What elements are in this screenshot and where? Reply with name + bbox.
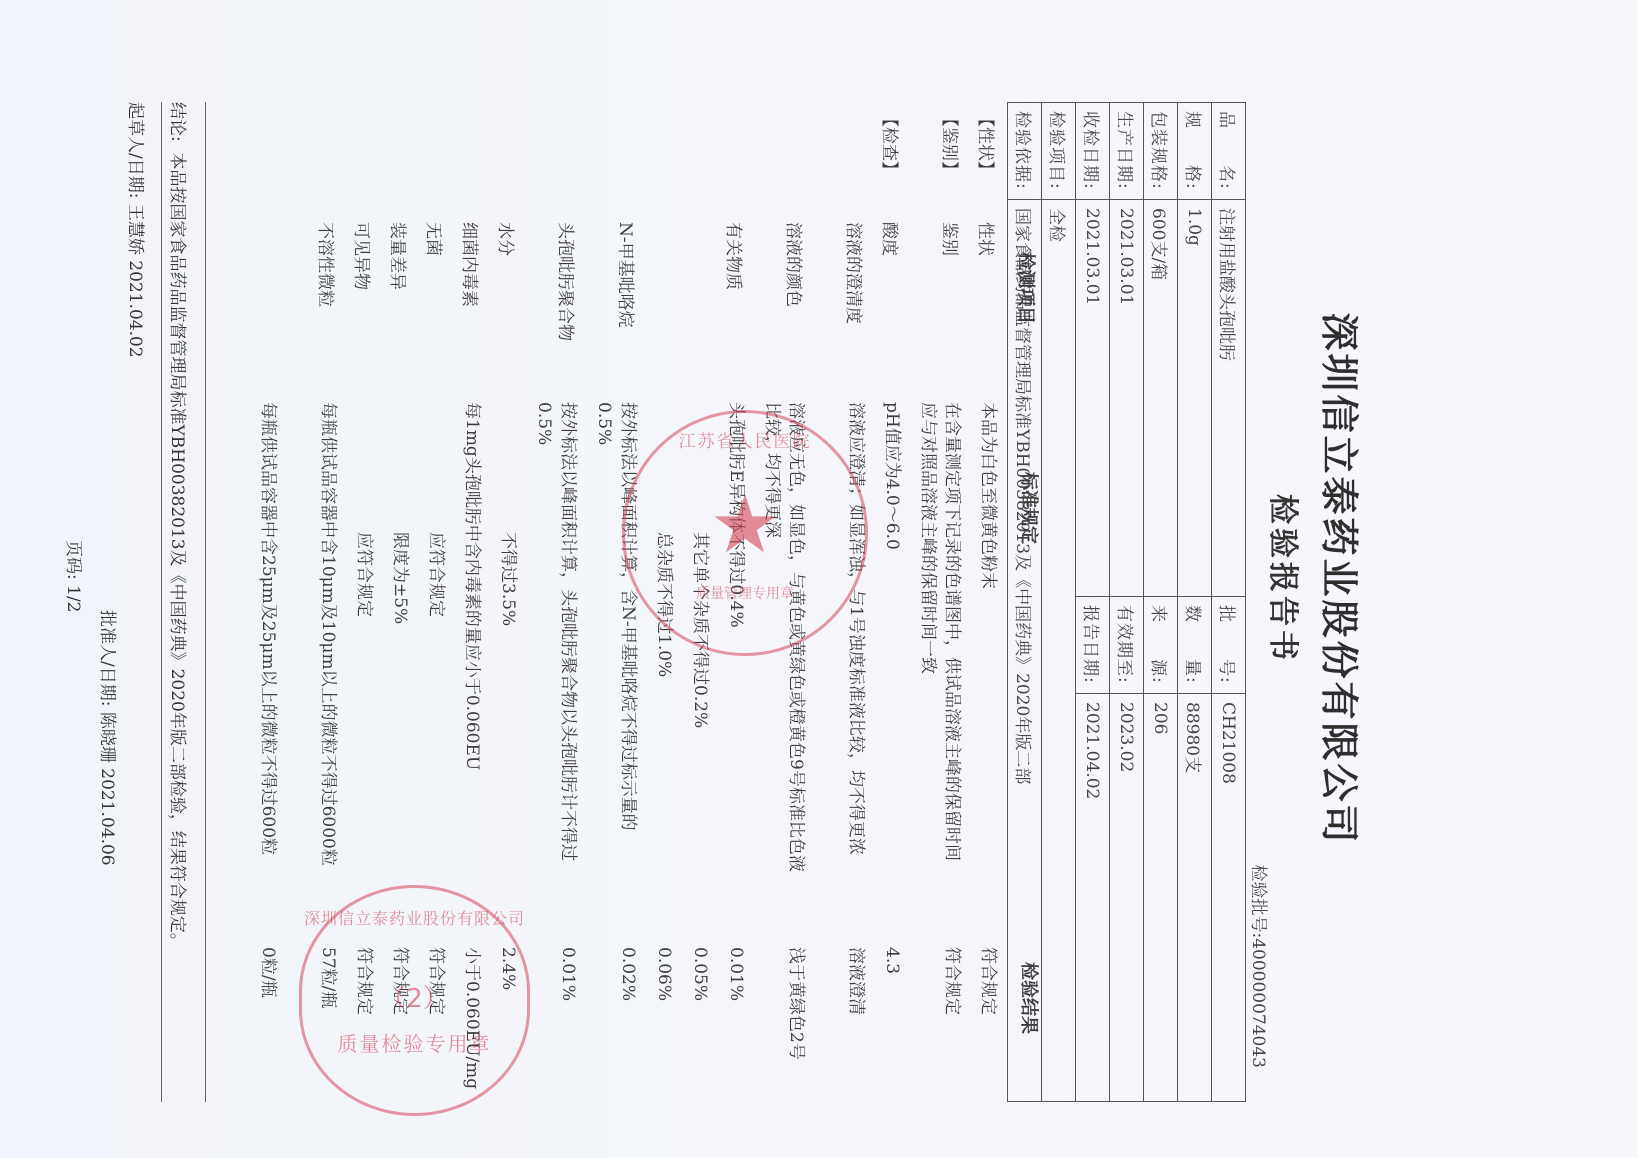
inspection-number-label: 检验批号: <box>1248 864 1268 938</box>
page-value: 1/2 <box>63 585 83 612</box>
source-label: 来 源: <box>1144 597 1178 694</box>
result-value: 0.06% <box>652 947 676 1107</box>
result-standard: pH值应为4.0～6.0 <box>880 402 904 872</box>
result-standard: 每瓶供试品容器中含10μm及10μm以上的微粒不得过6000粒 <box>316 402 340 872</box>
receipt-date-label: 收检日期: <box>1076 103 1110 200</box>
result-value: 浅于黄绿色2号 <box>784 947 808 1107</box>
result-standard: 本品为白色至微黄色粉末 <box>976 402 1000 872</box>
production-date-value: 2021.03.01 <box>1110 200 1144 597</box>
conclusion: 结论: 本品按国家食品药品监督管理局标准YBH00382013及《中国药典》20… <box>167 102 192 950</box>
result-value: 4.3 <box>880 947 904 1107</box>
result-standard: 限度为±5% <box>388 532 412 872</box>
result-row: 每瓶供试品容器中含25μm及25μm以上的微粒不得过600粒0粒/瓶 <box>220 102 280 1102</box>
result-value: 符合规定 <box>940 947 964 1107</box>
source-value: 206 <box>1144 694 1178 1102</box>
result-standard: 每1mg头孢吡肟中含内毒素的量应小于0.060EU <box>460 402 484 872</box>
result-value: 0.01% <box>556 947 580 1107</box>
result-category: 【性状】 <box>975 110 1000 190</box>
qc-seal-stamp: 深圳信立泰药业股份有限公司 （2） 质量检验专用章 <box>299 885 530 1116</box>
packaging-value: 600支/箱 <box>1144 200 1178 597</box>
stamp-ring-text: 深圳信立泰药业股份有限公司 <box>302 906 527 929</box>
result-row: 【检查】酸度pH值应为4.0～6.04.3 <box>868 102 904 1102</box>
report-date-label: 报告日期: <box>1076 597 1110 694</box>
column-header-result: 检验结果 <box>1016 962 1040 1122</box>
quantity-label: 数 量: <box>1178 597 1212 694</box>
batch-no-label: 批 号: <box>1212 597 1246 694</box>
result-item: 酸度 <box>879 222 904 392</box>
product-info-table: 品 名: 注射用盐酸头孢吡肟 批 号: CH21008 规 格: 1.0g 数 … <box>1007 102 1246 1102</box>
result-value: 0.02% <box>616 947 640 1107</box>
result-value: 符合规定 <box>976 947 1000 1107</box>
test-scope-value: 全检 <box>1042 200 1076 1102</box>
star-icon: ★ <box>625 485 865 565</box>
inspection-number-value: 400000074043 <box>1248 938 1268 1068</box>
receipt-date-value: 2021.03.01 <box>1076 200 1110 597</box>
result-value: 溶液澄清 <box>844 947 868 1107</box>
result-item: 不溶性微粒 <box>315 222 340 392</box>
production-date-label: 生产日期: <box>1110 103 1144 200</box>
result-item: N-甲基吡咯烷 <box>615 222 640 392</box>
result-row: 【性状】性状本品为白色至微黄色粉末符合规定 <box>964 102 1000 1102</box>
result-item: 性状 <box>975 222 1000 392</box>
quantity-value: 88980支 <box>1178 694 1212 1102</box>
drafter-value: 王慧娇 2021.04.02 <box>125 204 145 358</box>
result-item: 水分 <box>495 222 520 392</box>
approver-value: 陈晓珊 2021.04.06 <box>97 712 117 866</box>
result-row: 头孢吡肟聚合物按外标法以峰面积计算，头孢吡肟聚合物以头孢吡肟计不得过0.5%0.… <box>520 102 580 1102</box>
result-item: 可见异物 <box>351 222 376 392</box>
result-item: 装量差异 <box>387 222 412 392</box>
stamp-inner-text: 质量管理专用章 <box>625 583 865 603</box>
product-name-value: 注射用盐酸头孢吡肟 <box>1212 200 1246 597</box>
divider <box>161 102 162 1102</box>
inspection-number: 检验批号:400000074043 <box>1248 864 1273 1068</box>
approver-signature: 批准人/日期: 陈晓珊 2021.04.06 <box>97 610 122 866</box>
result-standard: 应符合规定 <box>352 532 376 872</box>
result-category: 【鉴别】 <box>939 110 964 190</box>
spec-value: 1.0g <box>1178 200 1212 597</box>
red-seal-stamp: 江苏省人民医院 ★ 质量管理专用章 <box>622 410 868 656</box>
info-row: 检验项目: 全检 <box>1042 103 1076 1102</box>
packaging-label: 包装规格: <box>1144 103 1178 200</box>
approver-label: 批准人/日期: <box>97 610 117 706</box>
conclusion-text: 本品按国家食品药品监督管理局标准YBH00382013及《中国药典》2020年版… <box>167 153 187 950</box>
results-header: 检测项目 标准规定 检验结果 <box>1000 102 1040 1102</box>
result-standard: 应符合规定 <box>424 532 448 872</box>
result-value: 0粒/瓶 <box>256 947 280 1107</box>
info-row: 收检日期: 2021.03.01 报告日期: 2021.04.02 <box>1076 103 1110 1102</box>
result-standard: 每瓶供试品容器中含25μm及25μm以上的微粒不得过600粒 <box>256 402 280 872</box>
expiry-label: 有效期至: <box>1110 597 1144 694</box>
result-standard: 在含量测定项下记录的色谱图中，供试品溶液主峰的保留时间应与对照品溶液主峰的保留时… <box>916 402 964 872</box>
info-row: 品 名: 注射用盐酸头孢吡肟 批 号: CH21008 <box>1212 103 1246 1102</box>
result-value: 0.05% <box>688 947 712 1107</box>
report-date-value: 2021.04.02 <box>1076 694 1110 1102</box>
info-row: 规 格: 1.0g 数 量: 88980支 <box>1178 103 1212 1102</box>
batch-no-value: CH21008 <box>1212 694 1246 1102</box>
result-item: 有关物质 <box>723 222 748 392</box>
result-item: 无菌 <box>423 222 448 392</box>
result-standard: 不得过3.5% <box>496 532 520 872</box>
result-item: 溶液的澄清度 <box>843 222 868 392</box>
result-row: 【鉴别】鉴别在含量测定项下记录的色谱图中，供试品溶液主峰的保留时间应与对照品溶液… <box>904 102 964 1102</box>
drafter-label: 起草人/日期: <box>125 102 145 198</box>
expiry-value: 2023.02 <box>1110 694 1144 1102</box>
info-row: 包装规格: 600支/箱 来 源: 206 <box>1144 103 1178 1102</box>
result-item: 头孢吡肟聚合物 <box>555 222 580 392</box>
result-item: 鉴别 <box>939 222 964 392</box>
result-standard: 按外标法以峰面积计算，头孢吡肟聚合物以头孢吡肟计不得过0.5% <box>532 402 580 872</box>
stamp-ring-text: 江苏省人民医院 <box>625 427 865 452</box>
spec-label: 规 格: <box>1178 103 1212 200</box>
inspection-report-page: 深圳信立泰药业股份有限公司 检验报告书 检验批号:400000074043 品 … <box>0 0 1638 1158</box>
product-name-label: 品 名: <box>1212 103 1246 200</box>
result-value: 0.01% <box>724 947 748 1107</box>
result-standard: 按外标法以峰面积计算，含N-甲基吡咯烷不得过标示量的0.5% <box>592 402 640 872</box>
result-item: 溶液的颜色 <box>783 222 808 392</box>
info-row: 生产日期: 2021.03.01 有效期至: 2023.02 <box>1110 103 1144 1102</box>
stamp-inner-text: 质量检验专用章 <box>302 1028 527 1057</box>
column-header-item: 检测项目 <box>1014 252 1040 422</box>
divider <box>205 102 206 1102</box>
test-scope-label: 检验项目: <box>1042 103 1076 200</box>
column-header-standard: 标准规定 <box>1016 472 1040 942</box>
stamp-number: （2） <box>302 978 527 1015</box>
result-item: 细菌内毒素 <box>459 222 484 392</box>
company-name: 深圳信立泰药业股份有限公司 <box>1315 0 1370 1158</box>
result-category: 【检查】 <box>879 110 904 190</box>
drafter-signature: 起草人/日期: 王慧娇 2021.04.02 <box>125 102 150 358</box>
page-number: 页码: 1/2 <box>63 540 88 613</box>
page-label: 页码: <box>63 540 83 580</box>
conclusion-label: 结论: <box>167 102 187 142</box>
